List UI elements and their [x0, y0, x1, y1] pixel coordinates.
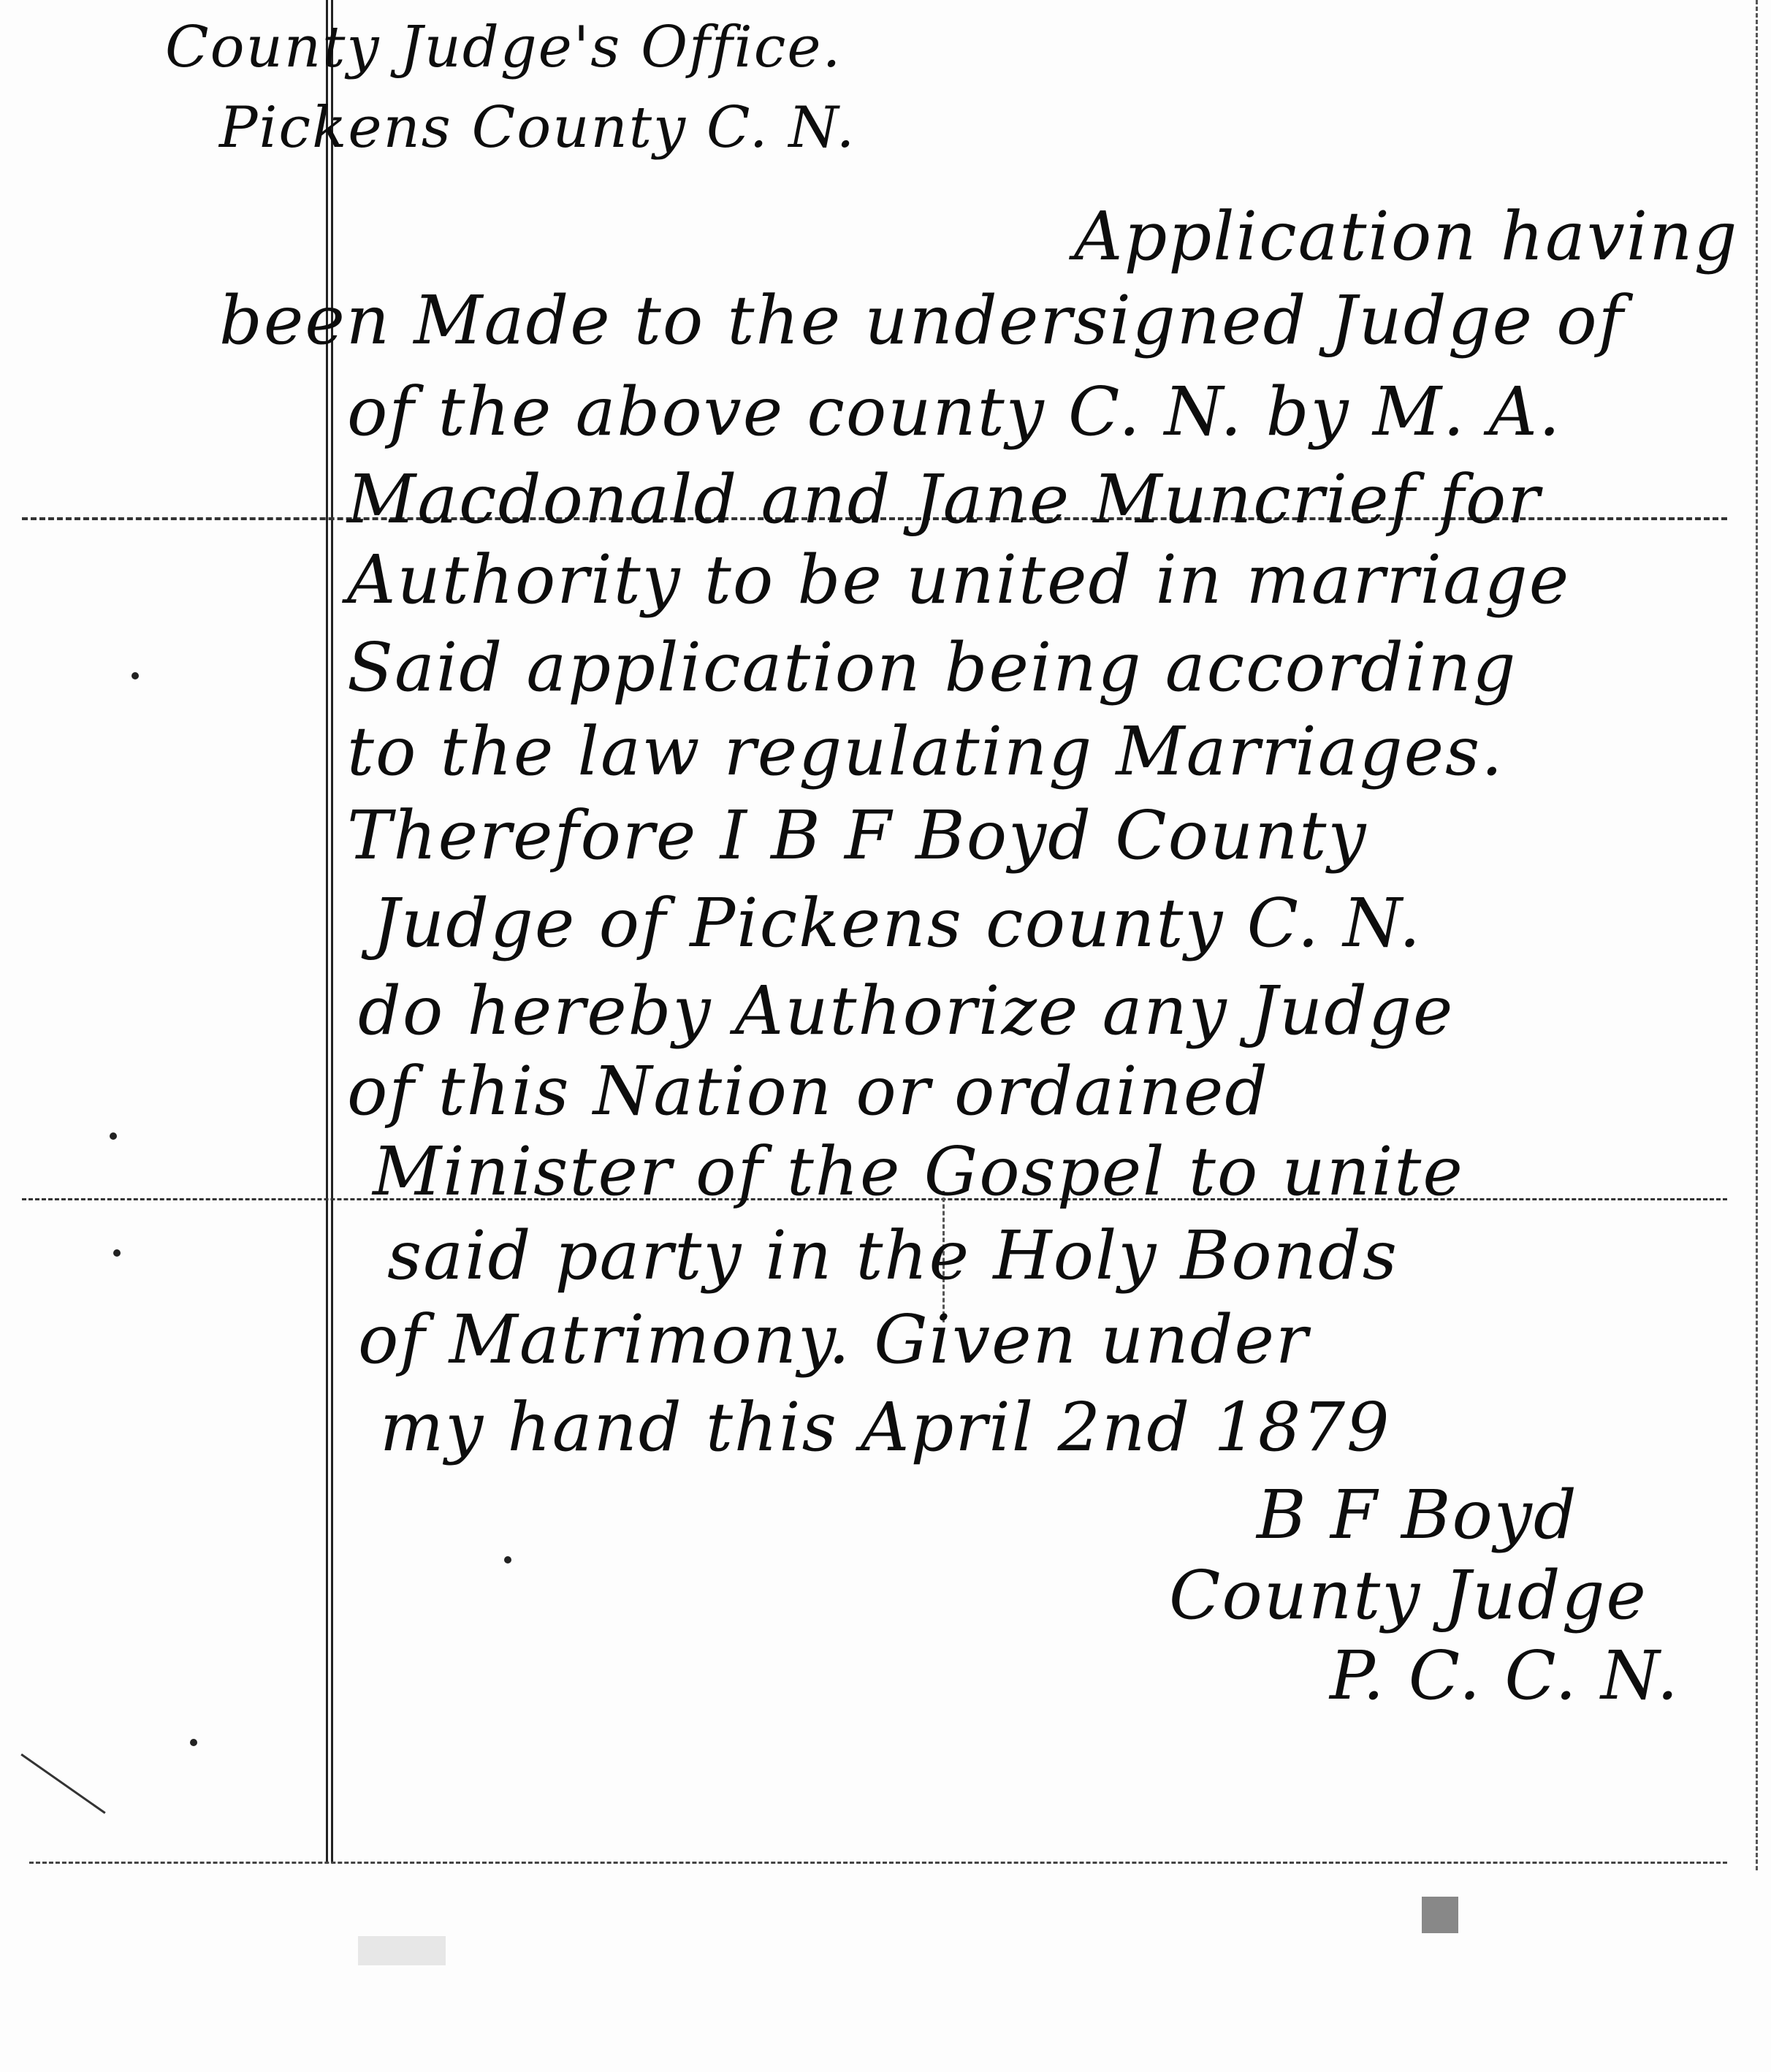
body-line-10: do hereby Authorize any Judge: [358, 972, 1454, 1050]
page-edge-bottom: [29, 1862, 1727, 1864]
ink-spot: [132, 672, 139, 679]
body-line-5: Authority to be united in marriage: [347, 541, 1570, 619]
ink-spot: [113, 1249, 121, 1257]
header-office: County Judge's Office.: [165, 15, 842, 80]
signature-title: County Judge: [1169, 1556, 1648, 1634]
folded-corner: [0, 1753, 106, 1880]
body-line-12: Minister of the Gospel to unite: [373, 1132, 1464, 1211]
body-line-4: Macdonald and Jane Muncrief for: [347, 460, 1541, 538]
body-line-9: Judge of Pickens county C. N.: [373, 884, 1422, 962]
body-line-11: of this Nation or ordained: [347, 1052, 1269, 1130]
scan-smudge: [358, 1936, 446, 1965]
document-page: County Judge's Office. Pickens County C.…: [0, 0, 1771, 2072]
signature-abbrev: P. C. C. N.: [1330, 1637, 1680, 1715]
body-line-2: been Made to the undersigned Judge of: [219, 281, 1625, 359]
signature-name: B F Boyd: [1257, 1476, 1578, 1554]
scan-artifact-box: [1422, 1897, 1458, 1933]
header-county: Pickens County C. N.: [219, 95, 856, 161]
page-edge-right: [1756, 0, 1758, 1870]
margin-rule: [326, 0, 333, 1863]
body-line-6: Said application being according: [347, 628, 1517, 706]
body-line-15: my hand this April 2nd 1879: [380, 1388, 1391, 1466]
body-line-14: of Matrimony. Given under: [358, 1300, 1309, 1379]
body-line-3: of the above county C. N. by M. A.: [347, 373, 1561, 451]
ink-spot: [190, 1739, 197, 1746]
body-line-8: Therefore I B F Boyd County: [347, 796, 1367, 875]
ink-spot: [110, 1132, 117, 1140]
body-line-7: to the law regulating Marriages.: [347, 712, 1504, 791]
body-line-1: Application having: [1074, 197, 1738, 275]
body-line-13: said party in the Holy Bonds: [387, 1216, 1398, 1295]
ink-spot: [504, 1556, 511, 1563]
